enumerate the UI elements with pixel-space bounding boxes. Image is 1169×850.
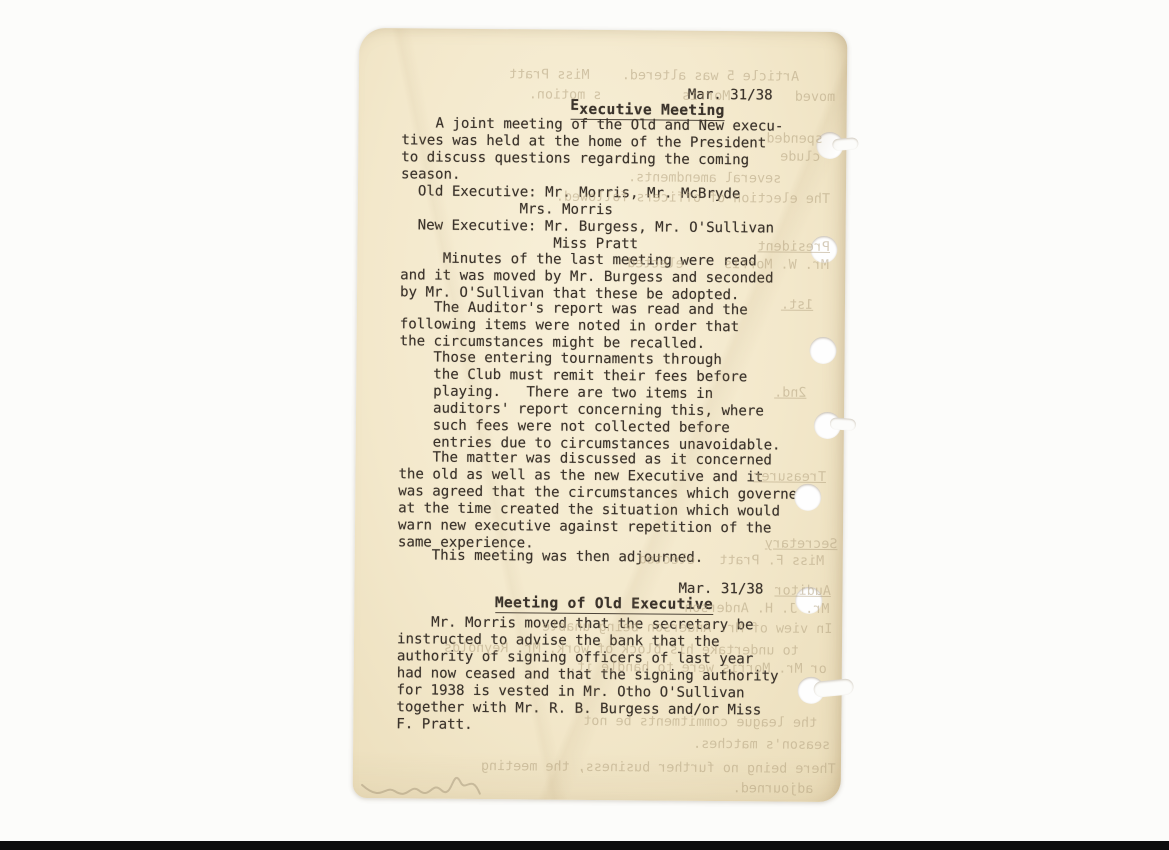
bleedthrough-text: season's matches. (693, 737, 830, 754)
punch-hole-tear (829, 417, 856, 431)
punch-hole (810, 236, 837, 263)
punch-hole-tear (813, 678, 854, 698)
bleedthrough-text: 1st. (781, 298, 813, 314)
section1-date: Mar. 31/38 (688, 87, 773, 104)
punch-hole (809, 337, 836, 364)
paragraph-auditors-report: The Auditor's report was read and the fo… (400, 299, 748, 353)
bleedthrough-text: clude (780, 150, 820, 166)
bleedthrough-text: adjourned. (733, 781, 814, 798)
punch-hole (795, 587, 822, 614)
paragraph-joint-meeting: A joint meeting of the Old and New execu… (401, 115, 783, 186)
scanned-page: Executive Meeting Mar. 31/38 A joint mee… (0, 0, 1169, 850)
paragraph-minutes-adopted: Minutes of the last meeting were read an… (400, 250, 774, 304)
paragraph-executive-lists: Old Executive: Mr. Morris, Mr. McBryde M… (400, 183, 774, 254)
punch-hole-tear (832, 137, 859, 151)
paragraph-signing-authority: Mr. Morris moved that the secretary be i… (396, 614, 779, 736)
punch-hole (794, 484, 821, 511)
bleedthrough-signature (353, 757, 487, 817)
section2-date: Mar. 31/38 (678, 581, 763, 598)
bleedthrough-text: There being no further business, the mee… (481, 759, 836, 778)
paragraph-adjourned: This meeting was then adjourned. (398, 547, 704, 567)
section2-title: Meeting of Old Executive (495, 594, 713, 615)
scanner-edge (0, 841, 1169, 850)
paper: Executive Meeting Mar. 31/38 A joint mee… (353, 28, 848, 802)
paragraph-tournament-fees: Those entering tournaments through the C… (399, 349, 782, 454)
section1-title-initial: E (570, 97, 579, 114)
paragraph-matter-discussed: The matter was discussed as it concerned… (398, 449, 798, 554)
